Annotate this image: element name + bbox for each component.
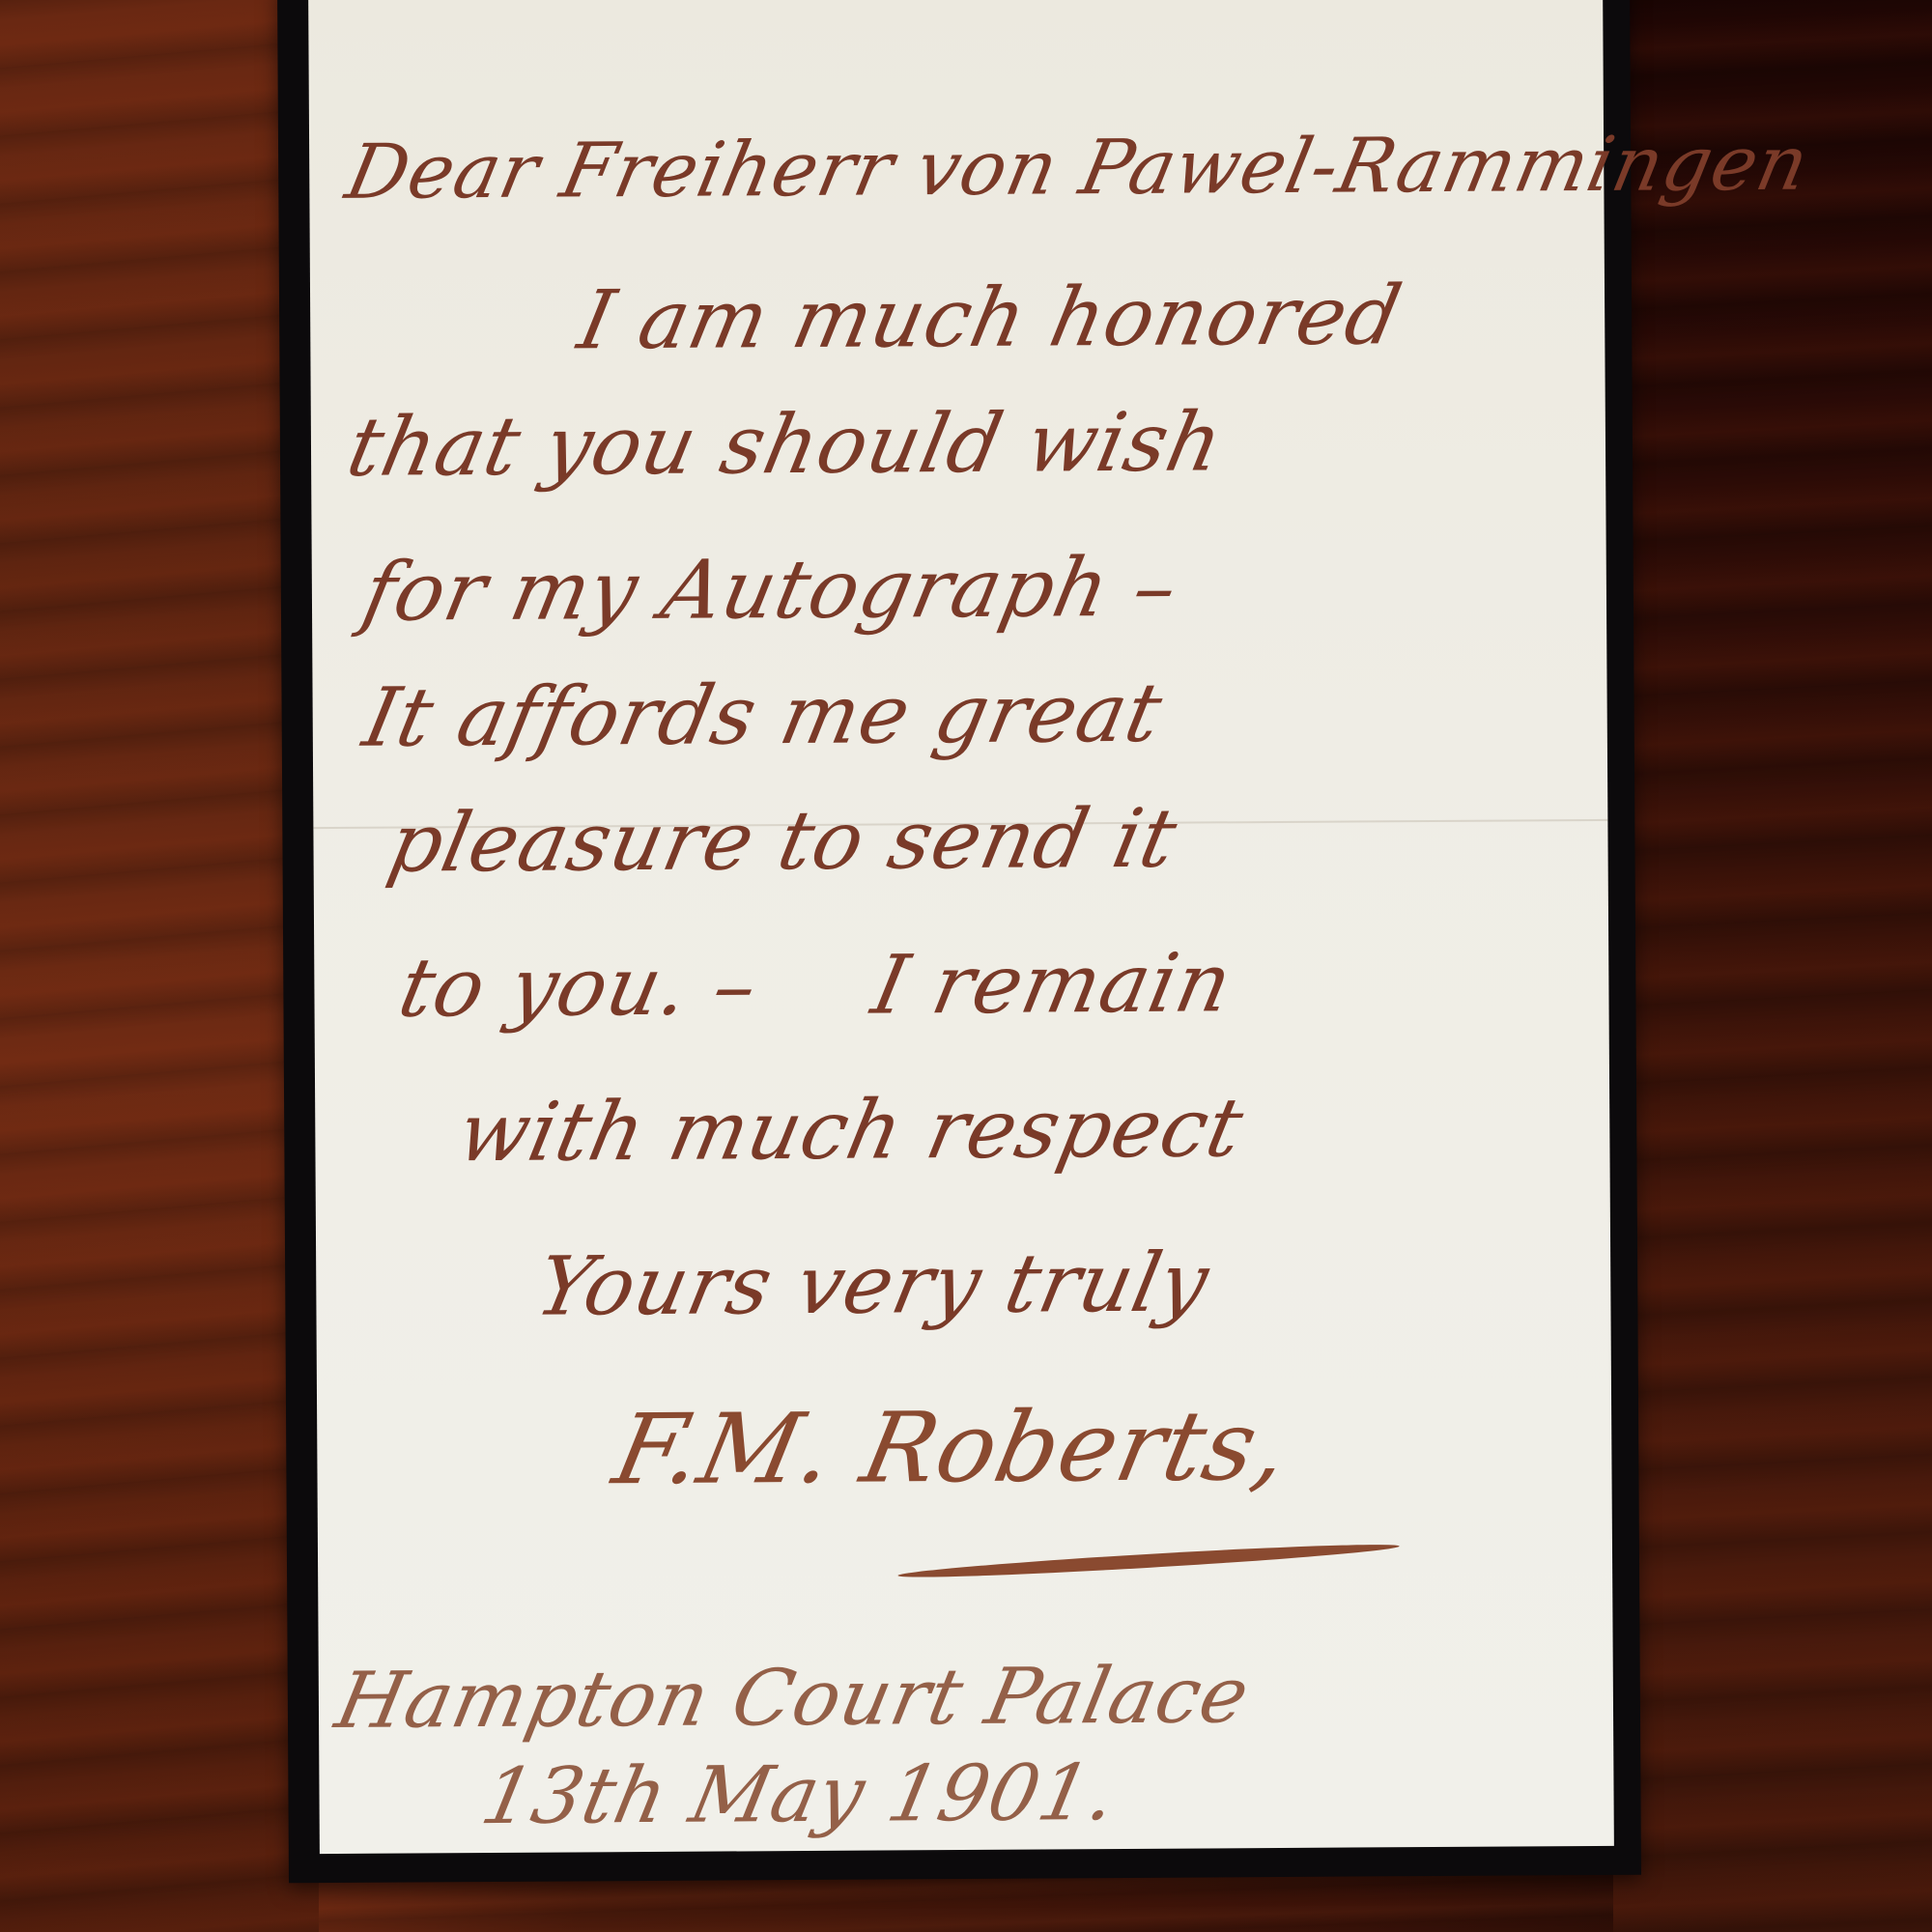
letter-line: I remain xyxy=(865,935,1240,1032)
signature-underline-flourish xyxy=(897,1540,1400,1582)
letter-line: It affords me great xyxy=(356,666,1171,765)
letter-line: to you. – xyxy=(391,938,766,1035)
wood-surface-right xyxy=(1613,0,1932,1932)
letter-salutation: Dear Freiherr von Pawel-Rammingen xyxy=(339,121,1816,216)
letter-place: Hampton Court Palace xyxy=(328,1650,1257,1746)
letter-line: for my Autograph – xyxy=(355,540,1186,639)
letter-line: with much respect xyxy=(450,1080,1251,1179)
letter-line: pleasure to send it xyxy=(381,791,1184,891)
letter-closing: Yours very truly xyxy=(528,1235,1217,1333)
wood-surface-left xyxy=(0,0,319,1932)
letter-card: Dear Freiherr von Pawel-Rammingen I am m… xyxy=(308,0,1614,1854)
letter-date: 13th May 1901. xyxy=(474,1747,1124,1841)
letter-line: I am much honored xyxy=(571,268,1409,367)
letter-signature: F.M. Roberts, xyxy=(605,1389,1299,1506)
letter-line: that you should wish xyxy=(340,394,1232,495)
